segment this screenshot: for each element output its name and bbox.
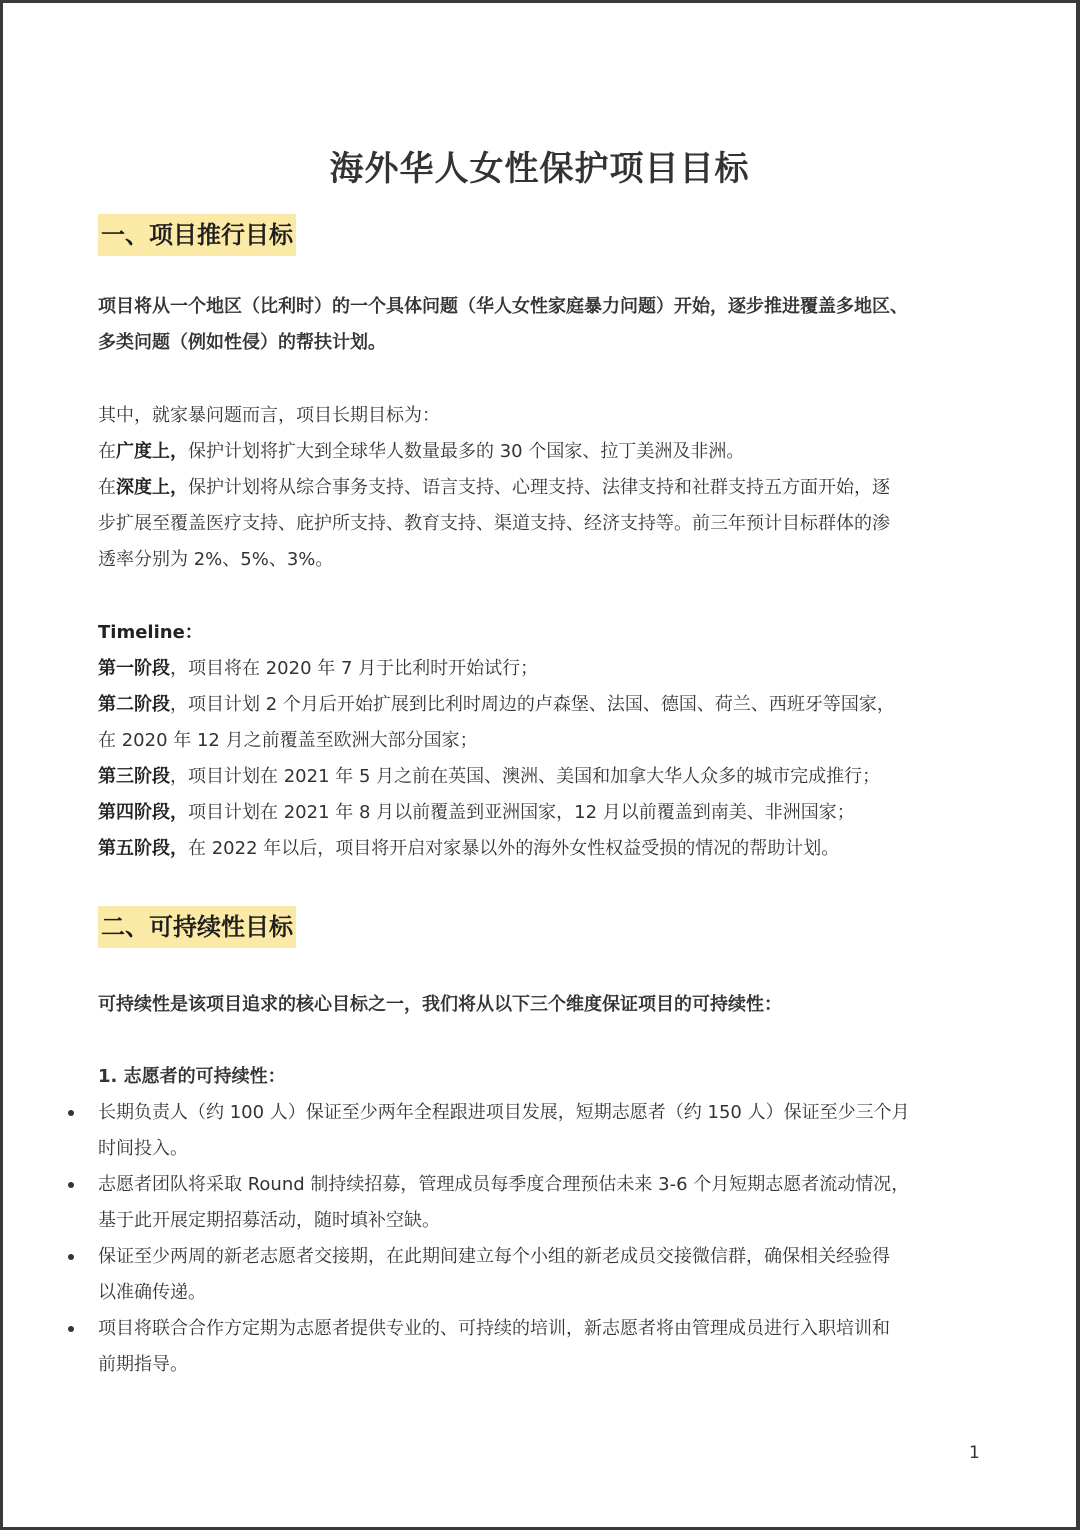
bullet-icon bbox=[68, 1326, 74, 1332]
phase-1-label: 第一阶段 bbox=[98, 658, 170, 679]
depth-goal: 在深度上，保护计划将从综合事务支持、语言支持、心理支持、法律支持和社群支持五方面… bbox=[98, 470, 998, 506]
intro-line-1: 项目将从一个地区（比利时）的一个具体问题（华人女性家庭暴力问题）开始，逐步推进覆… bbox=[98, 289, 998, 325]
bullet-icon bbox=[68, 1254, 74, 1260]
list-item: 志愿者团队将采取 Round 制持续招募，管理成员每季度合理预估未来 3-6 个… bbox=[63, 1167, 1003, 1239]
section2-intro: 可持续性是该项目追求的核心目标之一，我们将从以下三个维度保证项目的可持续性： bbox=[98, 987, 998, 1023]
volunteer-bullet-list: 长期负责人（约 100 人）保证至少两年全程跟进项目发展，短期志愿者（约 150… bbox=[63, 1095, 1003, 1383]
phase-3-label: 第三阶段 bbox=[98, 766, 170, 787]
phase-1-text: ，项目将在 2020 年 7 月于比利时开始试行； bbox=[170, 658, 538, 679]
breadth-text: 保护计划将扩大到全球华人数量最多的 30 个国家、拉丁美洲及非洲。 bbox=[188, 441, 744, 462]
sub-heading-1: 1. 志愿者的可持续性： bbox=[98, 1059, 998, 1095]
bullet-2-line-2: 基于此开展定期招募活动，随时填补空缺。 bbox=[98, 1203, 1003, 1239]
section-heading-sustainability: 二、可持续性目标 bbox=[98, 906, 296, 948]
bullet-icon bbox=[68, 1110, 74, 1116]
long-term-goals: 其中，就家暴问题而言，项目长期目标为： 在广度上，保护计划将扩大到全球华人数量最… bbox=[98, 398, 998, 578]
bullet-3-line-1: 保证至少两周的新老志愿者交接期，在此期间建立每个小组的新老成员交接微信群，确保相… bbox=[98, 1239, 1003, 1275]
phase-2: 第二阶段，项目计划 2 个月后开始扩展到比利时周边的卢森堡、法国、德国、荷兰、西… bbox=[98, 687, 998, 723]
breadth-label: 广度上， bbox=[116, 441, 188, 462]
bullet-1-line-2: 时间投入。 bbox=[98, 1131, 1003, 1167]
depth-text-2: 步扩展至覆盖医疗支持、庇护所支持、教育支持、渠道支持、经济支持等。前三年预计目标… bbox=[98, 506, 998, 542]
phase-4-label: 第四阶段， bbox=[98, 802, 188, 823]
bullet-4-line-1: 项目将联合合作方定期为志愿者提供专业的、可持续的培训，新志愿者将由管理成员进行入… bbox=[98, 1311, 1003, 1347]
section1-intro: 项目将从一个地区（比利时）的一个具体问题（华人女性家庭暴力问题）开始，逐步推进覆… bbox=[98, 289, 998, 361]
breadth-goal: 在广度上，保护计划将扩大到全球华人数量最多的 30 个国家、拉丁美洲及非洲。 bbox=[98, 434, 998, 470]
bullet-icon bbox=[68, 1182, 74, 1188]
depth-label: 深度上， bbox=[116, 477, 188, 498]
volunteer-sustainability-heading: 1. 志愿者的可持续性： bbox=[98, 1059, 998, 1095]
document-page: 海外华人女性保护项目目标 一、项目推行目标 项目将从一个地区（比利时）的一个具体… bbox=[3, 3, 1076, 1527]
bullet-2-line-1: 志愿者团队将采取 Round 制持续招募，管理成员每季度合理预估未来 3-6 个… bbox=[98, 1167, 1003, 1203]
timeline-label: Timeline： bbox=[98, 615, 998, 651]
document-title: 海外华人女性保护项目目标 bbox=[3, 141, 1076, 190]
phase-2-continuation: 在 2020 年 12 月之前覆盖至欧洲大部分国家； bbox=[98, 723, 998, 759]
bullet-4-line-2: 前期指导。 bbox=[98, 1347, 1003, 1383]
sustainability-intro: 可持续性是该项目追求的核心目标之一，我们将从以下三个维度保证项目的可持续性： bbox=[98, 987, 998, 1023]
list-item: 长期负责人（约 100 人）保证至少两年全程跟进项目发展，短期志愿者（约 150… bbox=[63, 1095, 1003, 1167]
phase-5-text: 在 2022 年以后，项目将开启对家暴以外的海外女性权益受损的情况的帮助计划。 bbox=[188, 838, 839, 859]
timeline: Timeline： 第一阶段，项目将在 2020 年 7 月于比利时开始试行； … bbox=[98, 615, 998, 867]
list-item: 保证至少两周的新老志愿者交接期，在此期间建立每个小组的新老成员交接微信群，确保相… bbox=[63, 1239, 1003, 1311]
phase-3-text: ，项目计划在 2021 年 5 月之前在英国、澳洲、美国和加拿大华人众多的城市完… bbox=[170, 766, 880, 787]
breadth-prefix: 在 bbox=[98, 441, 116, 462]
bullet-3-line-2: 以准确传递。 bbox=[98, 1275, 1003, 1311]
phase-4: 第四阶段，项目计划在 2021 年 8 月以前覆盖到亚洲国家，12 月以前覆盖到… bbox=[98, 795, 998, 831]
long-term-intro: 其中，就家暴问题而言，项目长期目标为： bbox=[98, 398, 998, 434]
phase-1: 第一阶段，项目将在 2020 年 7 月于比利时开始试行； bbox=[98, 651, 998, 687]
section-heading-project-goals: 一、项目推行目标 bbox=[98, 214, 296, 256]
bullet-1-line-1: 长期负责人（约 100 人）保证至少两年全程跟进项目发展，短期志愿者（约 150… bbox=[98, 1095, 1003, 1131]
page-number: 1 bbox=[969, 1443, 980, 1463]
list-item: 项目将联合合作方定期为志愿者提供专业的、可持续的培训，新志愿者将由管理成员进行入… bbox=[63, 1311, 1003, 1383]
phase-3: 第三阶段，项目计划在 2021 年 5 月之前在英国、澳洲、美国和加拿大华人众多… bbox=[98, 759, 998, 795]
depth-text-1: 保护计划将从综合事务支持、语言支持、心理支持、法律支持和社群支持五方面开始，逐 bbox=[188, 477, 890, 498]
phase-5-label: 第五阶段， bbox=[98, 838, 188, 859]
phase-4-text: 项目计划在 2021 年 8 月以前覆盖到亚洲国家，12 月以前覆盖到南美、非洲… bbox=[188, 802, 855, 823]
intro-line-2: 多类问题（例如性侵）的帮扶计划。 bbox=[98, 325, 998, 361]
phase-5: 第五阶段，在 2022 年以后，项目将开启对家暴以外的海外女性权益受损的情况的帮… bbox=[98, 831, 998, 867]
phase-2-label: 第二阶段 bbox=[98, 694, 170, 715]
depth-text-3: 透率分别为 2%、5%、3%。 bbox=[98, 542, 998, 578]
depth-prefix: 在 bbox=[98, 477, 116, 498]
phase-2-text: ，项目计划 2 个月后开始扩展到比利时周边的卢森堡、法国、德国、荷兰、西班牙等国… bbox=[170, 694, 895, 715]
